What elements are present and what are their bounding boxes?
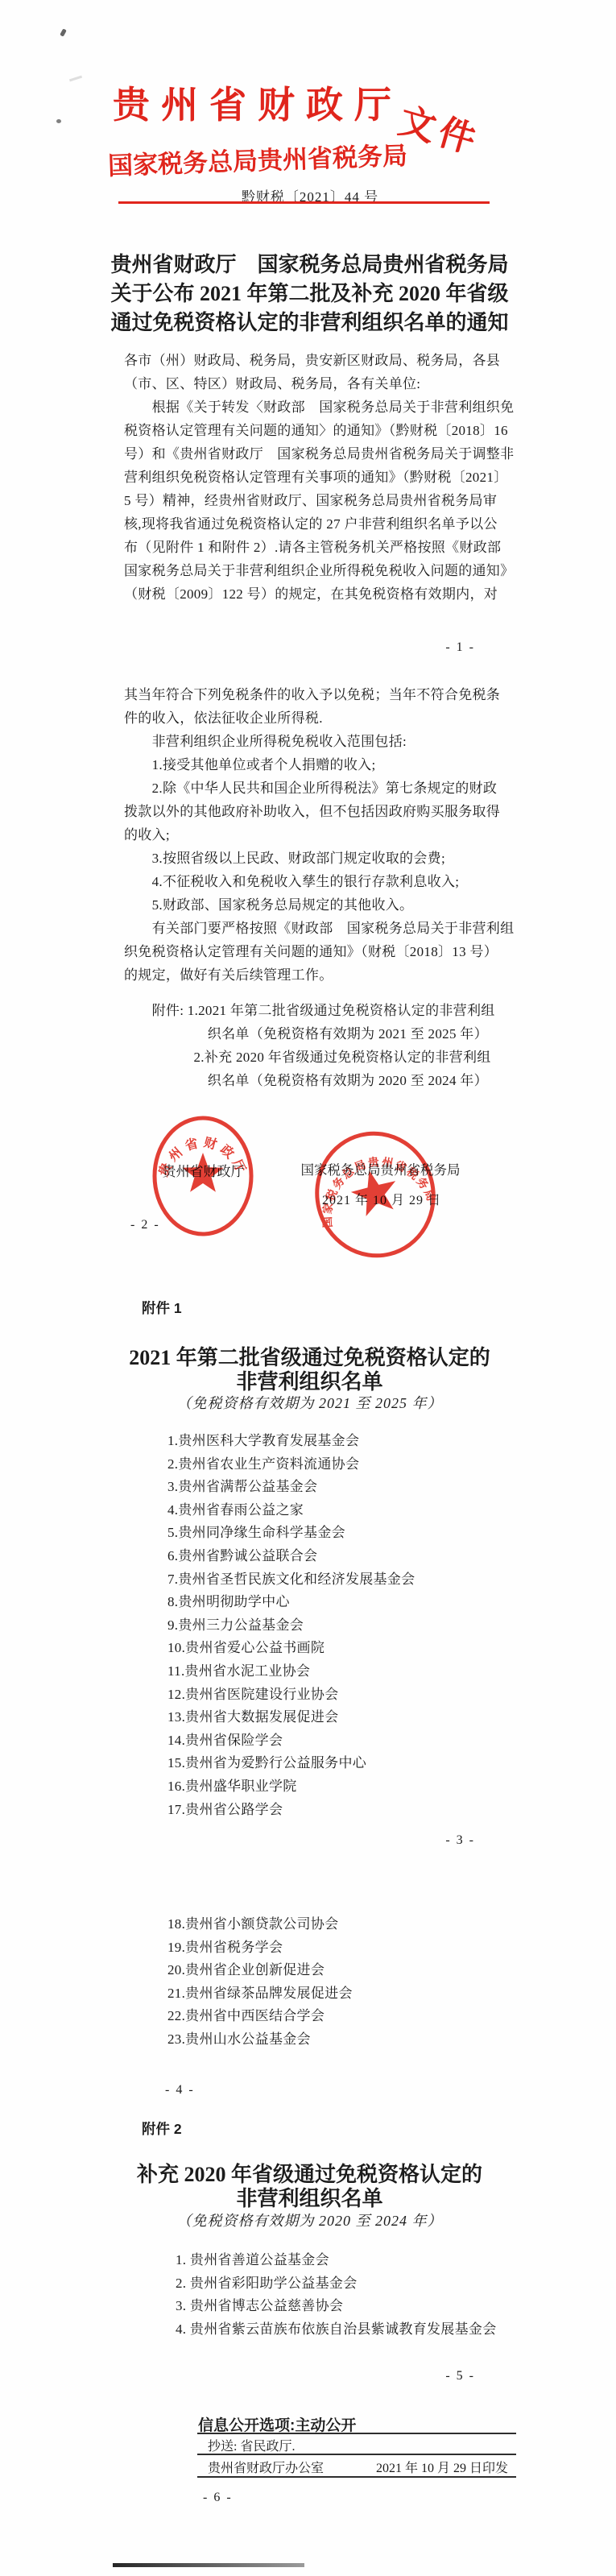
org-list-item: 13.贵州省大数据发展促进会 [167,1706,415,1729]
org-list-item: 3.贵州省满帮公益基金会 [167,1476,415,1499]
org-list-item: 23.贵州山水公益基金会 [167,2028,353,2052]
body-line: 税资格认定管理有关问题的通知〉的通知》（黔财税〔2018〕16 [124,419,527,442]
org-list-item: 19.贵州省税务学会 [167,1936,353,1960]
attachment2-label: 附件 2 [142,2118,182,2139]
org-list-item: 2. 贵州省彩阳助学公益基金会 [176,2272,497,2296]
attachment1-org-list-part1: 1.贵州医科大学教育发展基金会2.贵州省农业生产资料流通协会3.贵州省满帮公益基… [167,1430,415,1821]
body-line: 布（见附件 1 和附件 2）.请各主管税务机关严格按照《财政部 [124,536,527,559]
body-line: 的规定，做好有关后续管理工作。 [124,963,527,987]
body-line: 件的收入，依法征收企业所得税. [124,706,527,730]
body-line: 各市（州）财政局、税务局，贵安新区财政局、税务局，各县 [124,349,527,372]
footer-rule [197,2454,516,2455]
doc-title-line-1: 贵州省财政厅 国家税务总局贵州省税务局 [90,251,529,279]
attachment2-subtitle: （免税资格有效期为 2020 至 2024 年） [90,2209,529,2230]
scan-speck [56,119,61,123]
footer-issuer-row: 贵州省财政厅办公室 2021 年 10 月 29 日印发 [197,2458,510,2476]
footer-cc-line: 抄送: 省民政厅. [208,2436,295,2454]
body-line: 国家税务总局关于非营利组织企业所得税免税收入问题的通知》 [124,559,527,582]
document-page: 贵州省财政厅 文件 国家税务总局贵州省税务局 黔财税〔2021〕44 号 贵州省… [0,0,616,2576]
attachment2-title-line2: 非营利组织名单 [90,2182,529,2212]
page-number-4: - 4 - [165,2083,195,2098]
attachment1-label: 附件 1 [142,1298,182,1318]
org-list-item: 1.贵州医科大学教育发展基金会 [167,1430,415,1453]
letterhead-agency-finance: 贵州省财政厅 [113,81,419,130]
attachment-note-line: 附件: 1.2021 年第二批省级通过免税资格认定的非营利组 [124,999,527,1022]
attachment-note-line: 织名单（免税资格有效期为 2020 至 2024 年） [124,1069,527,1092]
org-list-item: 20.贵州省企业创新促进会 [167,1959,353,1982]
body-line: 1.接受其他单位或者个人捐赠的收入; [124,753,527,777]
page-number-6: - 6 - [203,2491,233,2505]
body-line: 的收入; [124,823,527,847]
org-list-item: 4.贵州省春雨公益之家 [167,1499,415,1522]
svg-text:国家税务总局贵州省税务局: 国家税务总局贵州省税务局 [307,1142,438,1231]
attachment1-subtitle: （免税资格有效期为 2021 至 2025 年） [90,1392,529,1413]
body-line: 2.除《中华人民共和国企业所得税法》第七条规定的财政 [124,777,527,800]
footer-print-date: 2021 年 10 月 29 日印发 [376,2458,508,2476]
letterhead-agency-tax: 国家税务总局贵州省税务局 [107,138,414,184]
scan-speck [60,28,67,36]
body-page2: 其当年符合下列免税条件的收入予以免税；当年不符合免税条件的收入，依法征收企业所得… [124,683,527,987]
footer-rule [197,2433,516,2434]
org-list-item: 15.贵州省为爱黔行公益服务中心 [167,1752,415,1775]
body-line: （财税〔2009〕122 号）的规定，在其免税资格有效期内，对 [124,582,527,606]
letterhead-rule [118,201,490,204]
attachment-note: 附件: 1.2021 年第二批省级通过免税资格认定的非营利组 织名单（免税资格有… [124,999,527,1092]
body-line: 3.按照省级以上民政、财政部门规定收取的会费; [124,847,527,870]
signature-left-agency: 贵州省财政厅 [149,1160,258,1180]
org-list-item: 14.贵州省保险学会 [167,1729,415,1753]
org-list-item: 7.贵州省圣哲民族文化和经济发展基金会 [167,1568,415,1592]
page-number-5: - 5 - [387,2369,475,2383]
page-number-3: - 3 - [387,1833,475,1848]
attachment-note-line: 织名单（免税资格有效期为 2021 至 2025 年） [124,1022,527,1046]
footer-issuing-office: 贵州省财政厅办公室 [208,2458,324,2476]
attachment1-title-line2: 非营利组织名单 [90,1365,529,1395]
body-line: 拨款以外的其他政府补助收入，但不包括因政府购买服务取得 [124,800,527,823]
body-line: 根据《关于转发〈财政部 国家税务总局关于非营利组织免 [124,396,527,419]
body-line: 其当年符合下列免税条件的收入予以免税；当年不符合免税条 [124,683,527,706]
org-list-item: 22.贵州省中西医结合学会 [167,2005,353,2028]
signature-right-agency: 国家税务总局贵州省税务局 [298,1159,463,1178]
org-list-item: 2.贵州省农业生产资料流通协会 [167,1453,415,1476]
org-list-item: 6.贵州省黔诚公益联合会 [167,1545,415,1568]
seal-text: 国家税务总局贵州省税务局 [307,1142,438,1231]
org-list-item: 21.贵州省绿茶品牌发展促进会 [167,1982,353,2006]
body-line: 号）和《贵州省财政厅 国家税务总局贵州省税务局关于调整非 [124,442,527,466]
body-line: 有关部门要严格按照《财政部 国家税务总局关于非营利组 [124,917,527,940]
body-line: 织免税资格认定管理有关问题的通知》（财税〔2018〕13 号） [124,940,527,963]
org-list-item: 17.贵州省公路学会 [167,1799,415,1822]
attachment1-org-list-part2: 18.贵州省小额贷款公司协会19.贵州省税务学会20.贵州省企业创新促进会21.… [167,1913,353,2052]
org-list-item: 9.贵州三力公益基金会 [167,1614,415,1638]
page-number-1: - 1 - [387,640,475,655]
footer-rule [197,2476,516,2478]
org-list-item: 1. 贵州省善道公益基金会 [176,2249,497,2272]
org-list-item: 10.贵州省爱心公益书画院 [167,1637,415,1660]
attachment-note-line: 2.补充 2020 年省级通过免税资格认定的非营利组 [124,1046,527,1069]
org-list-item: 12.贵州省医院建设行业协会 [167,1684,415,1707]
info-disclosure-line: 信息公开选项:主动公开 [198,2413,356,2435]
doc-title-line-2: 关于公布 2021 年第二批及补充 2020 年省级 [90,280,529,308]
attachment2-org-list: 1. 贵州省善道公益基金会2. 贵州省彩阳助学公益基金会3. 贵州省博志公益慈善… [176,2249,497,2341]
body-line: 营利组织免税资格认定管理有关事项的通知》（黔财税〔2021〕 [124,466,527,489]
org-list-item: 11.贵州省水泥工业协会 [167,1660,415,1684]
body-page1: 各市（州）财政局、税务局，贵安新区财政局、税务局，各县（市、区、特区）财政局、税… [124,349,527,606]
signature-date: 2021 年 10 月 29 日 [317,1190,446,1208]
page-number-2: - 2 - [130,1218,160,1232]
org-list-item: 4. 贵州省紫云苗族布依族自治县紫诚教育发展基金会 [176,2318,497,2342]
org-list-item: 3. 贵州省博志公益慈善协会 [176,2295,497,2318]
scan-edge-bar [113,2563,304,2567]
org-list-item: 18.贵州省小额贷款公司协会 [167,1913,353,1936]
body-line: （市、区、特区）财政局、税务局，各有关单位: [124,372,527,396]
body-line: 核,现将我省通过免税资格认定的 27 户非营利组织名单予以公 [124,512,527,536]
body-line: 5.财政部、国家税务总局规定的其他收入。 [124,893,527,917]
org-list-item: 16.贵州盛华职业学院 [167,1775,415,1799]
body-line: 非营利组织企业所得税免税收入范围包括: [124,730,527,753]
org-list-item: 8.贵州明彻助学中心 [167,1591,415,1614]
doc-title-line-3: 通过免税资格认定的非营利组织名单的通知 [90,309,529,337]
org-list-item: 5.贵州同净缘生命科学基金会 [167,1522,415,1545]
body-line: 5 号）精神，经贵州省财政厅、国家税务总局贵州省税务局审 [124,489,527,512]
body-line: 4.不征税收入和免税收入孳生的银行存款利息收入; [124,870,527,893]
scan-smear [69,76,82,82]
